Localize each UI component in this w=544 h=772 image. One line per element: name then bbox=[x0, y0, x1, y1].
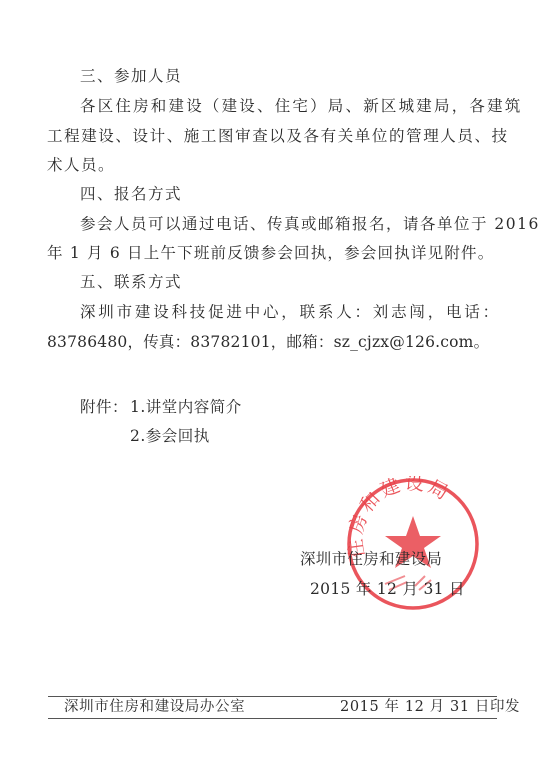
attachment-item-2: 2.参会回执 bbox=[130, 426, 210, 446]
contact-details-line: 83786480，传真：83782101，邮箱：sz_cjzx@126.com。 bbox=[47, 332, 489, 352]
paragraph-line: 各区住房和建设（建设、住宅）局、新区城建局，各建筑 bbox=[80, 96, 523, 116]
paragraph-line: 参会人员可以通过电话、传真或邮箱报名，请各单位于 2016 bbox=[80, 214, 540, 234]
footer-top-rule bbox=[48, 696, 497, 697]
attachment-item-1: 1.讲堂内容简介 bbox=[130, 397, 242, 417]
signature-date: 2015 年 12 月 31 日 bbox=[310, 579, 465, 599]
svg-text:住房和建设局: 住房和建设局 bbox=[345, 476, 454, 559]
section-heading-participants: 三、参加人员 bbox=[80, 66, 182, 86]
paragraph-line: 术人员。 bbox=[47, 155, 115, 175]
paragraph-line: 工程建设、设计、施工图审查以及各有关单位的管理人员、技 bbox=[47, 126, 509, 146]
footer-bottom-rule bbox=[48, 718, 497, 719]
section-heading-contact: 五、联系方式 bbox=[80, 272, 182, 292]
footer-issue-date: 2015 年 12 月 31 日印发 bbox=[340, 698, 520, 716]
paragraph-line: 年 1 月 6 日上午下班前反馈参会回执，参会回执详见附件。 bbox=[47, 243, 494, 263]
footer-issuer: 深圳市住房和建设局办公室 bbox=[64, 698, 245, 716]
signature-org: 深圳市住房和建设局 bbox=[300, 549, 442, 569]
section-heading-registration: 四、报名方式 bbox=[80, 184, 182, 204]
attachments-label: 附件： bbox=[80, 397, 128, 417]
paragraph-line: 深圳市建设科技促进中心，联系人：刘志闯，电话： bbox=[80, 302, 501, 322]
